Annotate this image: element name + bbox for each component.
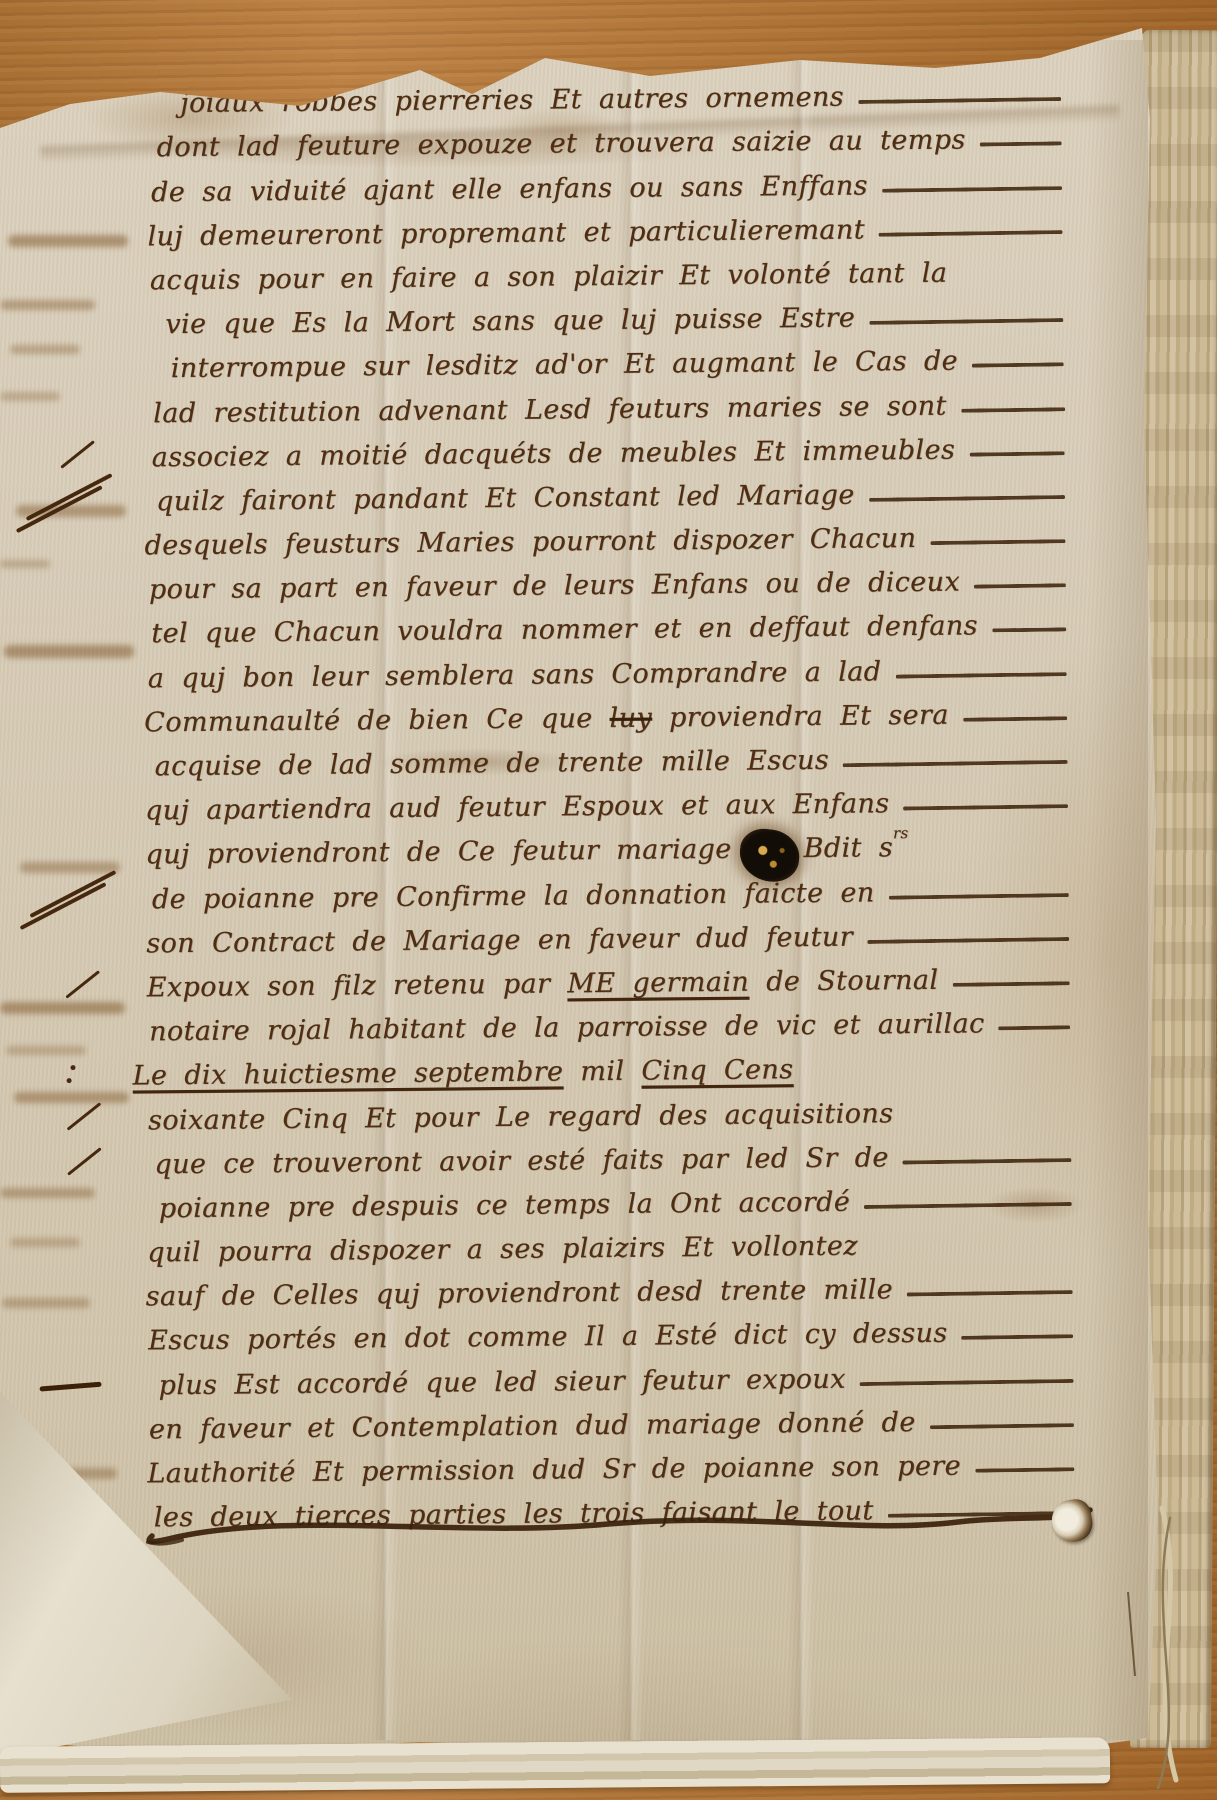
- margin-mark-dslash: [23, 482, 113, 519]
- line-text: luy: [609, 698, 652, 738]
- line-text: de poianne pre Confirme la donnation fai…: [152, 873, 875, 920]
- line-filler-dash: [999, 1025, 1071, 1030]
- line-text: luj demeureront propremant et particulie…: [147, 210, 865, 257]
- text-block: joiaux robbes pierreries Et autres ornem…: [123, 72, 1077, 1539]
- line-text: Le dix huictiesme septembre: [132, 1053, 563, 1097]
- line-text: proviendra Et sera: [652, 695, 949, 738]
- margin-mark-slash: [22, 438, 112, 475]
- line-filler-dash: [972, 363, 1064, 368]
- line-filler-dash: [930, 539, 1065, 545]
- flourish-rule: [138, 1496, 1108, 1550]
- line-text: a quj bon leur semblera sans Comprandre …: [148, 652, 882, 699]
- line-filler-dash: [903, 1158, 1072, 1165]
- binding-threads: [1090, 1480, 1217, 1800]
- line-text: quj apartiendra aud feutur Espoux et aux…: [145, 784, 890, 831]
- line-text: que ce trouveront avoir esté faits par l…: [154, 1138, 889, 1185]
- line-filler-dash: [907, 1290, 1073, 1296]
- line-filler-dash: [879, 230, 1063, 237]
- photo-of-manuscript: { "photo": { "accent_colors": { "wood": …: [0, 0, 1217, 1800]
- line-text: quj proviendront de Ce feutur mariage: [145, 830, 732, 876]
- line-filler-dash: [889, 893, 1069, 900]
- line-filler-dash: [903, 804, 1068, 810]
- line-filler-dash: [969, 451, 1065, 456]
- line-filler-dash: [975, 1467, 1074, 1472]
- line-text: rs: [893, 813, 909, 853]
- line-filler-dash: [858, 97, 1061, 104]
- line-text: quilz fairont pandant Et Constant led Ma…: [156, 475, 855, 522]
- line-text: mil: [563, 1052, 641, 1093]
- line-text: vie que Es la Mort sans que luj puisse E…: [165, 299, 855, 346]
- line-filler-dash: [867, 937, 1069, 944]
- line-filler-dash: [962, 1335, 1074, 1341]
- line-text: ME germain: [567, 963, 749, 1005]
- line-filler-dash: [980, 142, 1062, 147]
- line-text: de sa viduité ajant elle enfans ou sans …: [151, 166, 868, 213]
- line-text: Cinq Cens: [641, 1050, 877, 1092]
- margin-mark-slash: [29, 1145, 119, 1182]
- line-filler-dash: [869, 495, 1065, 502]
- margin-mark-dash: [31, 1366, 121, 1403]
- line-filler-dash: [992, 628, 1067, 633]
- line-text: Communaulté de bien Ce que: [144, 699, 610, 743]
- line-text: quil pourra dispozer a ses plaizirs Et v…: [147, 1227, 858, 1274]
- line-filler-dash: [895, 672, 1066, 679]
- line-filler-dash: [860, 1379, 1074, 1386]
- manuscript-page: + joiaux robbes pierreries Et autres orn…: [0, 0, 1217, 1800]
- line-filler-dash: [961, 407, 1065, 413]
- under-pages-edge: [0, 1737, 1110, 1793]
- margin-mark-dslash: [27, 880, 117, 917]
- margin-mark-dots: [28, 1057, 118, 1094]
- line-filler-dash: [843, 760, 1068, 767]
- line-filler-dash: [974, 584, 1066, 589]
- line-text: Bdit s: [803, 829, 893, 870]
- line-filler-dash: [869, 318, 1063, 325]
- margin-mark-slash: [28, 968, 118, 1005]
- line-text: de Stournal: [749, 961, 939, 1003]
- line-text: acquise de lad somme de trente mille Esc…: [154, 741, 829, 787]
- line-text: poianne pre despuis ce temps la Ont acco…: [159, 1182, 851, 1229]
- line-filler-dash: [930, 1423, 1074, 1429]
- line-filler-dash: [882, 186, 1062, 193]
- line-filler-dash: [963, 716, 1067, 722]
- line-text: plus Est accordé que led sieur feutur ex…: [158, 1359, 846, 1406]
- line-text: Expoux son filz retenu par: [147, 964, 568, 1008]
- line-filler-dash: [864, 1202, 1072, 1209]
- line-filler-dash: [952, 981, 1069, 987]
- line-text: son Contract de Mariage en faveur dud fe…: [146, 917, 853, 964]
- margin-mark-slash: [29, 1101, 119, 1138]
